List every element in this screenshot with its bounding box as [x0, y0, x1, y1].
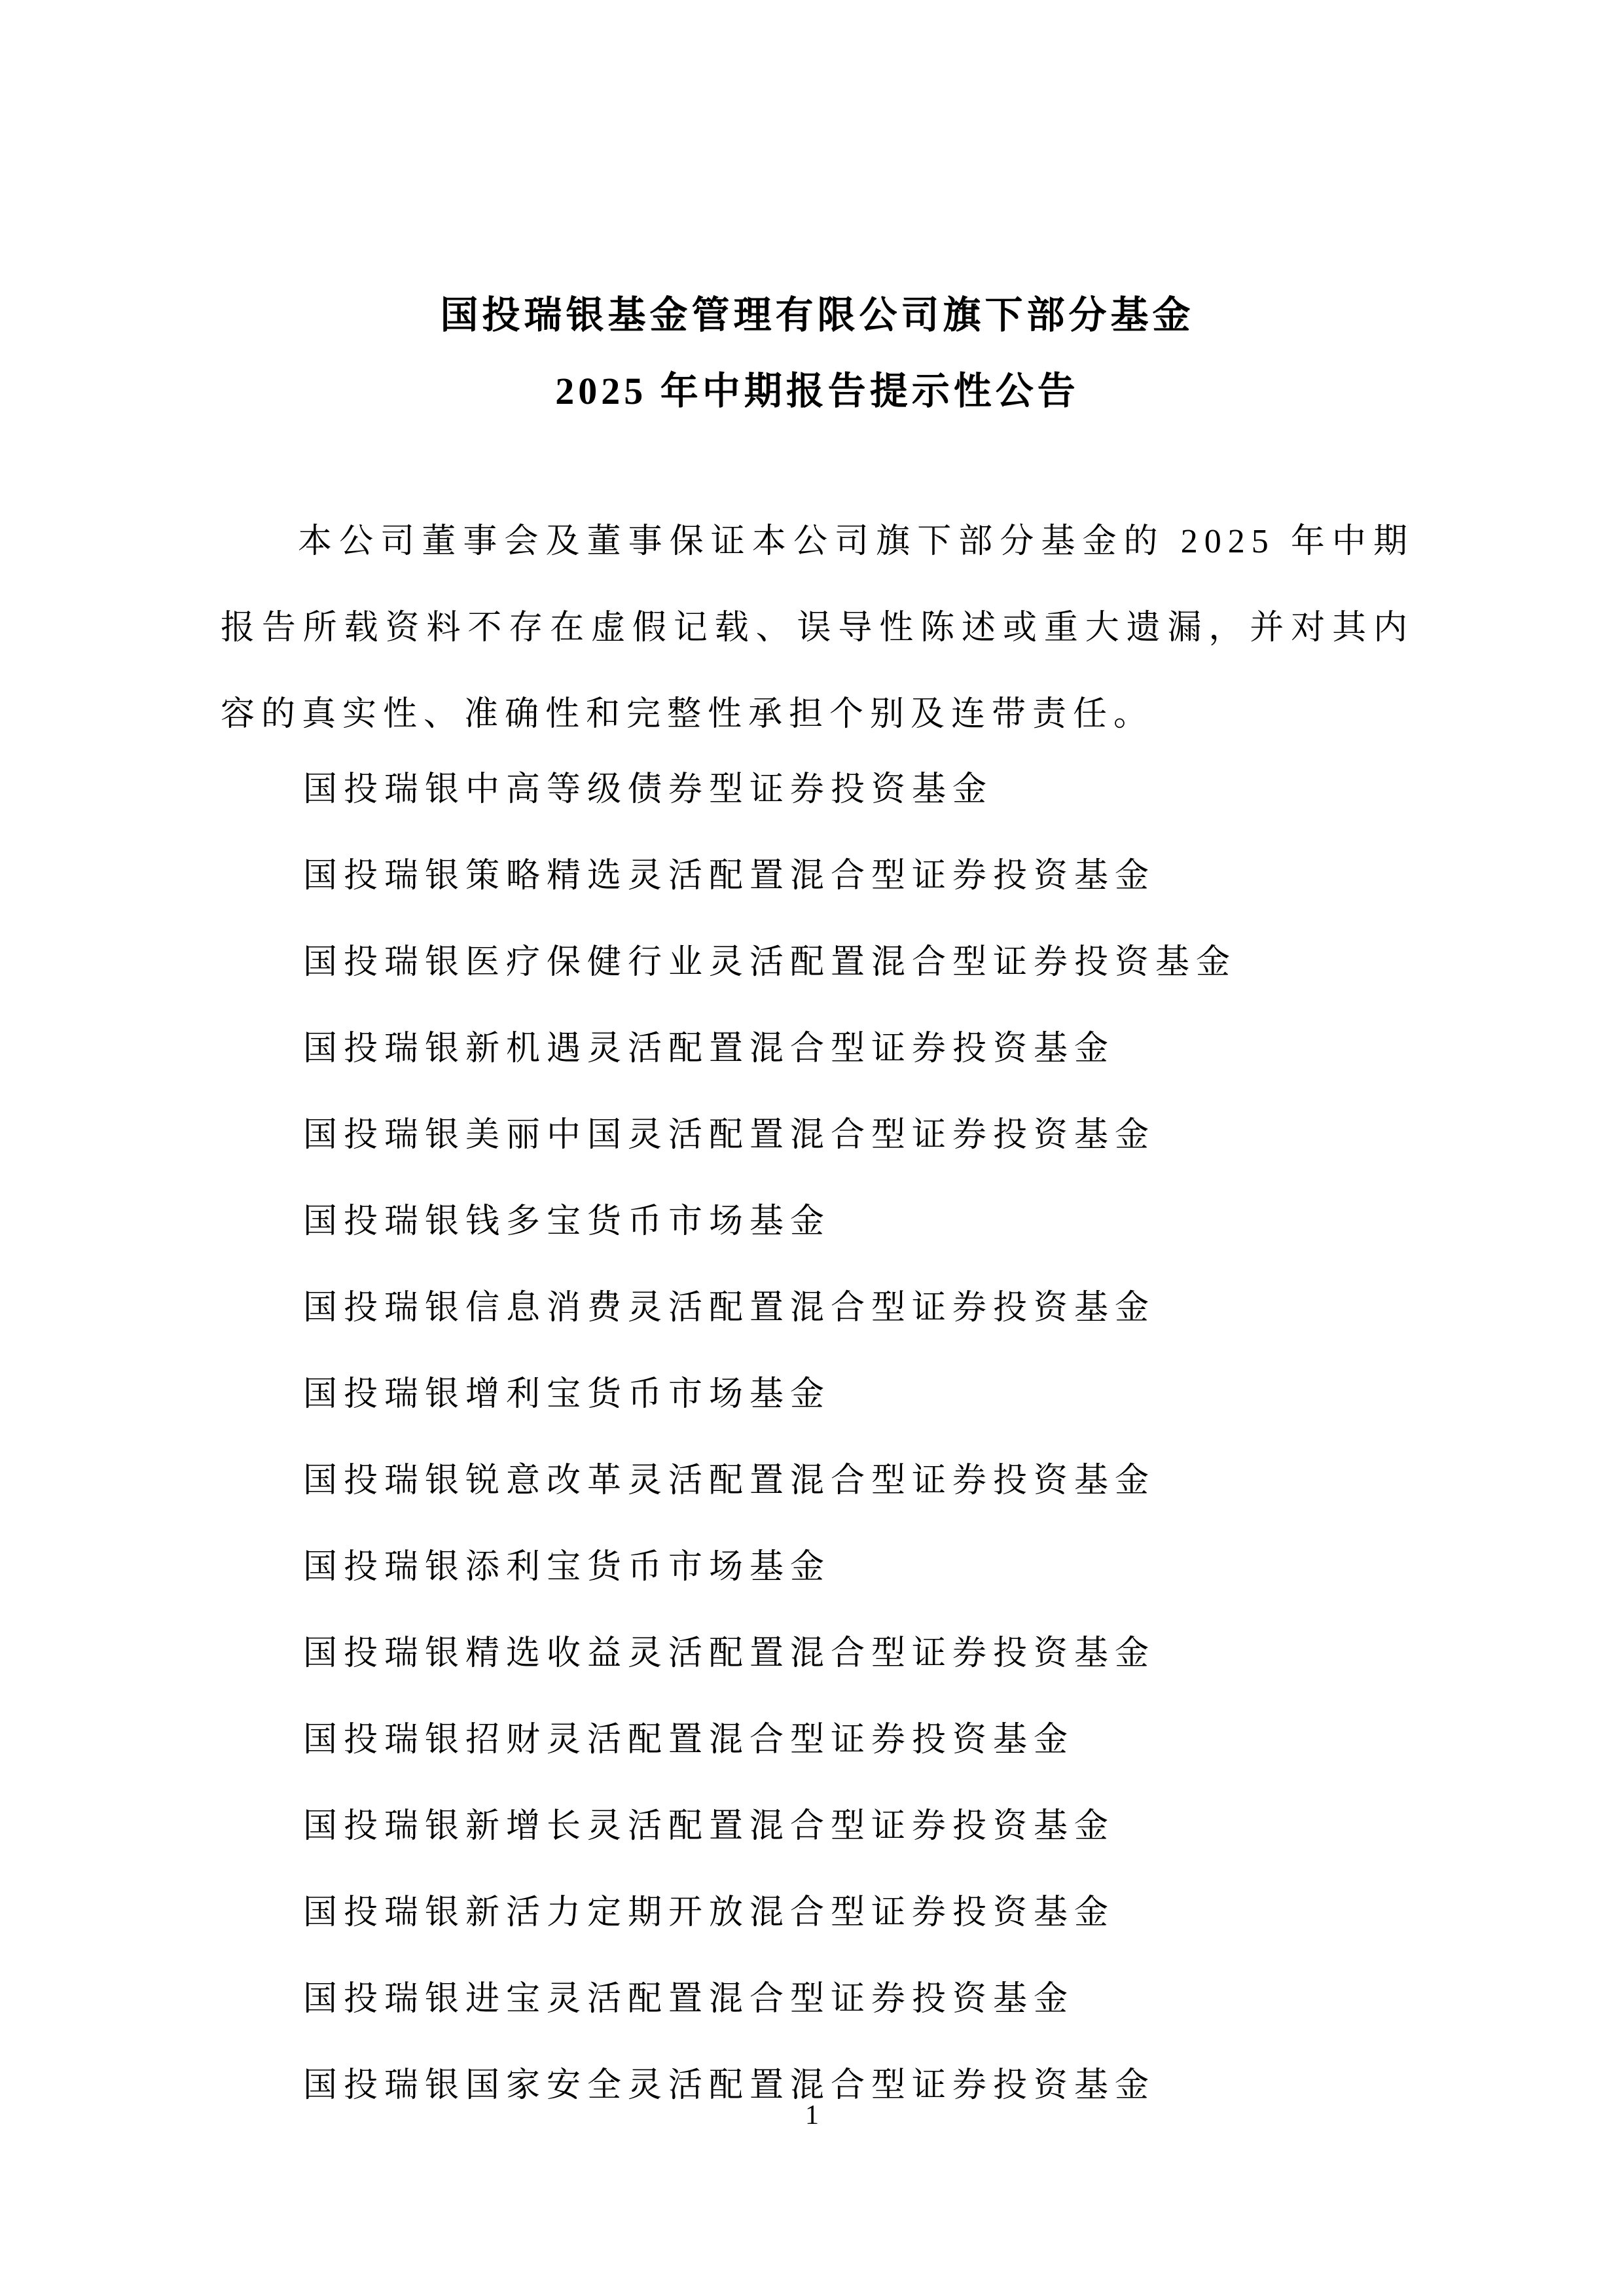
page-number: 1: [0, 2101, 1624, 2130]
fund-list-item: 国投瑞银中高等级债券型证券投资基金: [221, 747, 1414, 833]
title-line-2: 2025 年中期报告提示性公告: [221, 353, 1414, 429]
title-line-1: 国投瑞银基金管理有限公司旗下部分基金: [221, 278, 1414, 353]
fund-list-item: 国投瑞银进宝灵活配置混合型证券投资基金: [221, 1956, 1414, 2043]
paragraph-line: 本公司董事会及董事保证本公司旗下部分基金的 2025 年中期: [221, 499, 1414, 585]
fund-list-item: 国投瑞银招财灵活配置混合型证券投资基金: [221, 1697, 1414, 1784]
fund-list-item: 国投瑞银钱多宝货币市场基金: [221, 1179, 1414, 1265]
fund-list-item: 国投瑞银添利宝货币市场基金: [221, 1524, 1414, 1611]
fund-list-item: 国投瑞银美丽中国灵活配置混合型证券投资基金: [221, 1092, 1414, 1179]
fund-list-item: 国投瑞银医疗保健行业灵活配置混合型证券投资基金: [221, 920, 1414, 1006]
fund-list-item: 国投瑞银新增长灵活配置混合型证券投资基金: [221, 1784, 1414, 1870]
fund-list-item: 国投瑞银信息消费灵活配置混合型证券投资基金: [221, 1265, 1414, 1352]
statement-paragraph: 本公司董事会及董事保证本公司旗下部分基金的 2025 年中期 报告所载资料不存在…: [221, 499, 1414, 758]
paragraph-line: 容的真实性、准确性和完整性承担个别及连带责任。: [221, 672, 1414, 758]
fund-list-item: 国投瑞银策略精选灵活配置混合型证券投资基金: [221, 833, 1414, 920]
paragraph-line: 报告所载资料不存在虚假记载、误导性陈述或重大遗漏，并对其内: [221, 585, 1414, 672]
fund-list-item: 国投瑞银精选收益灵活配置混合型证券投资基金: [221, 1611, 1414, 1697]
fund-list-item: 国投瑞银增利宝货币市场基金: [221, 1352, 1414, 1438]
document-title: 国投瑞银基金管理有限公司旗下部分基金 2025 年中期报告提示性公告: [221, 278, 1414, 429]
fund-list-item: 国投瑞银新机遇灵活配置混合型证券投资基金: [221, 1006, 1414, 1092]
document-page: 国投瑞银基金管理有限公司旗下部分基金 2025 年中期报告提示性公告 本公司董事…: [0, 0, 1624, 2296]
fund-list: 国投瑞银中高等级债券型证券投资基金 国投瑞银策略精选灵活配置混合型证券投资基金 …: [221, 747, 1414, 2129]
fund-list-item: 国投瑞银锐意改革灵活配置混合型证券投资基金: [221, 1438, 1414, 1524]
fund-list-item: 国投瑞银新活力定期开放混合型证券投资基金: [221, 1870, 1414, 1956]
